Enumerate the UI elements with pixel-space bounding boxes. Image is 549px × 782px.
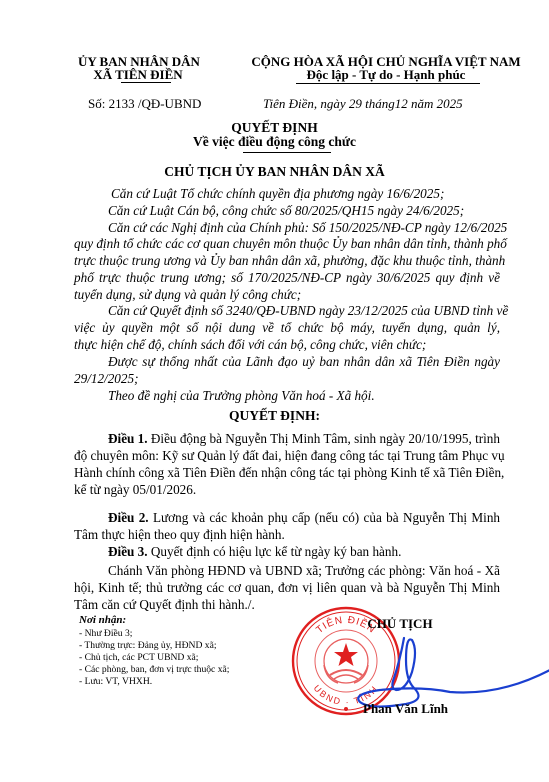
document-number: Số: 2133 /QĐ-UBND (88, 96, 201, 112)
preamble-line: Được sự thống nhất của Lãnh đạo uỷ ban n… (108, 354, 500, 371)
document-subject: Về việc điều động công chức (0, 134, 549, 150)
preamble-line: thực hiện chế độ, chính sách đối với cán… (74, 337, 426, 354)
execution-line: Tâm căn cứ Quyết định thi hành./. (74, 597, 255, 614)
article-1-line: Hành chính công xã Tiên Điền đến nhận cô… (74, 465, 500, 482)
preamble-line: Căn cứ Quyết định số 3240/QĐ-UBND ngày 2… (108, 303, 500, 320)
issuing-authority: CHỦ TỊCH ỦY BAN NHÂN DÂN XÃ (0, 164, 549, 180)
execution-line: Chánh Văn phòng HĐND và UBND xã; Trưởng … (108, 563, 500, 580)
article-1-line: kể từ ngày 05/01/2026. (74, 482, 196, 499)
preamble-line: trực thuộc trung ương và Ủy ban nhân dân… (74, 253, 500, 270)
article-2-line: Tâm thực hiện theo quy định hiện hành. (74, 527, 285, 544)
preamble-line: việc ủy quyền một số nội dung về tổ chức… (74, 320, 500, 337)
article-1-line: Điều 1. Điều động bà Nguyễn Thị Minh Tâm… (108, 431, 500, 448)
preamble-line: Căn cứ Luật Tổ chức chính quyền địa phươ… (111, 186, 444, 203)
recipient-item: - Chủ tịch, các PCT UBND xã; (79, 652, 198, 664)
preamble-line: Căn cứ các Nghị định của Chính phủ: Số 1… (108, 220, 507, 237)
subject-underline (243, 152, 331, 153)
motto-underline (296, 83, 480, 84)
agency-underline (121, 82, 171, 83)
article-3-label: Điều 3. (108, 544, 148, 559)
article-1-label: Điều 1. (108, 431, 148, 446)
article-2-line: Điều 2. Lương và các khoản phụ cấp (nếu … (108, 510, 500, 527)
preamble-line: 29/12/2025; (74, 371, 138, 388)
article-1-line: độ chuyên môn: Kỹ sư Quản lý đất đai, hi… (74, 448, 500, 465)
recipient-item: - Các phòng, ban, đơn vị trực thuộc xã; (79, 664, 229, 676)
preamble-line: Căn cứ Luật Cán bộ, công chức số 80/2025… (108, 203, 464, 220)
recipient-item: - Thường trực: Đảng ủy, HĐND xã; (79, 640, 217, 652)
execution-line: hội, Kinh tế; thủ trưởng các cơ quan, đơ… (74, 580, 500, 597)
commune-name: XÃ TIÊN ĐIỀN (78, 67, 198, 83)
recipient-item: - Lưu: VT, VHXH. (79, 676, 152, 688)
national-motto: Độc lập - Tự do - Hạnh phúc (236, 67, 536, 83)
handwritten-signature-icon (340, 630, 549, 710)
recipient-item: - Như Điều 3; (79, 628, 132, 640)
place-date: Tiên Điền, ngày 29 tháng12 năm 2025 (263, 96, 463, 112)
preamble-line: Theo đề nghị của Trưởng phòng Văn hoá - … (108, 388, 375, 405)
decision-heading: QUYẾT ĐỊNH: (0, 408, 549, 424)
article-2-label: Điều 2. (108, 510, 149, 525)
preamble-line: tuyển dụng, sử dụng và quản lý công chức… (74, 287, 301, 304)
article-3-line: Điều 3. Quyết định có hiệu lực kể từ ngà… (108, 544, 401, 561)
preamble-line: phố trực thuộc trung ương; số 170/2025/N… (74, 270, 500, 287)
signer-name: Phan Văn Lĩnh (363, 701, 448, 717)
preamble-line: quy định tổ chức các cơ quan chuyên môn … (74, 236, 500, 253)
recipients-heading: Nơi nhận: (79, 614, 126, 626)
